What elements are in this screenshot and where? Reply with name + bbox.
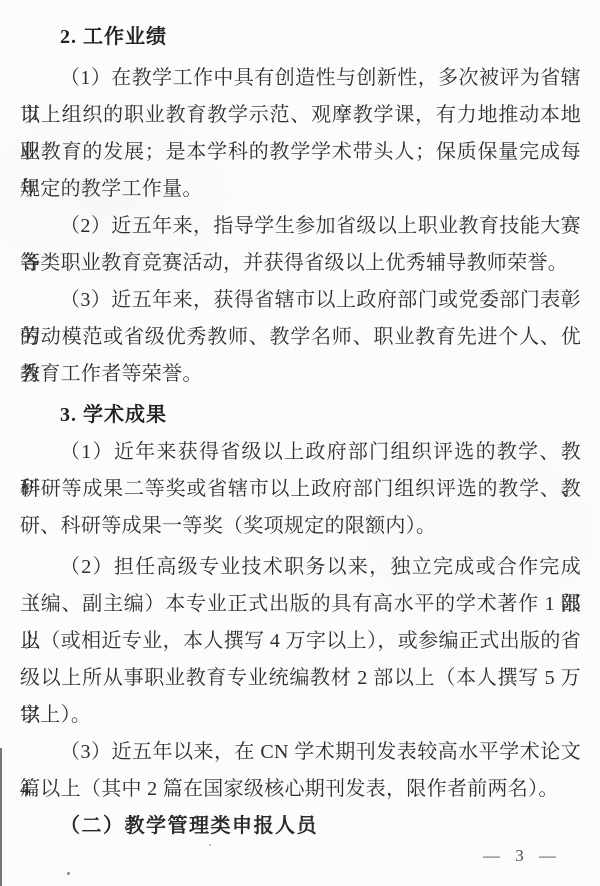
text-line: 业教育的发展；是本学科的教学学术带头人；保质保量完成每年 xyxy=(20,134,581,171)
subsection-heading-teaching-management: （二）教学管理类申报人员 xyxy=(20,808,581,845)
scan-edge-artifact xyxy=(0,748,2,886)
text-line: 教育工作者等荣誉。 xyxy=(20,356,581,393)
text-line: （2）近五年来，指导学生参加省级以上职业教育技能大赛等 xyxy=(20,208,581,245)
text-line: （1）在教学工作中具有创造性与创新性，多次被评为省辖市 xyxy=(20,60,581,97)
text-line: 各类职业教育竞赛活动，并获得省级以上优秀辅导教师荣誉。 xyxy=(20,245,581,282)
text-line: （2）担任高级专业技术职务以来，独立完成或合作完成（限 xyxy=(20,549,581,586)
page-number: — 3 — xyxy=(483,846,558,866)
text-line: 规定的教学工作量。 xyxy=(20,171,581,208)
text-line: 劳动模范或省级优秀教师、教学名师、职业教育先进个人、优秀 xyxy=(20,319,581,356)
scan-speck xyxy=(67,872,70,875)
section-heading-academic-results: 3. 学术成果 xyxy=(20,397,581,434)
document-page: 2. 工作业绩 （1）在教学工作中具有创造性与创新性，多次被评为省辖市 以上组织… xyxy=(0,0,600,886)
text-line: （1）近年来获得省级以上政府部门组织评选的教学、教研、 xyxy=(20,434,581,471)
text-line: 研、科研等成果一等奖（奖项规定的限额内）。 xyxy=(20,508,581,545)
section-heading-work-achievements: 2. 工作业绩 xyxy=(20,19,581,56)
text-line: （3）近五年以来，在 CN 学术期刊发表较高水平学术论文 4 xyxy=(20,734,581,771)
text-line: 科研等成果二等奖或省辖市以上政府部门组织评选的教学、教 xyxy=(20,471,581,508)
text-line: 级以上所从事职业教育专业统编教材 2 部以上（本人撰写 5 万字 xyxy=(20,660,581,697)
text-line: 主编、副主编）本专业正式出版的具有高水平的学术著作 1 部以 xyxy=(20,586,581,623)
text-line: （3）近五年来，获得省辖市以上政府部门或党委部门表彰的 xyxy=(20,282,581,319)
scan-speck xyxy=(209,844,211,846)
text-line: 篇以上（其中 2 篇在国家级核心期刊发表，限作者前两名）。 xyxy=(20,771,581,808)
text-line: 上（或相近专业，本人撰写 4 万字以上），或参编正式出版的省 xyxy=(20,623,581,660)
text-line: 以上）。 xyxy=(20,697,581,734)
document-body: 2. 工作业绩 （1）在教学工作中具有创造性与创新性，多次被评为省辖市 以上组织… xyxy=(20,19,581,845)
text-line: 以上组织的职业教育教学示范、观摩教学课，有力地推动本地职 xyxy=(20,97,581,134)
